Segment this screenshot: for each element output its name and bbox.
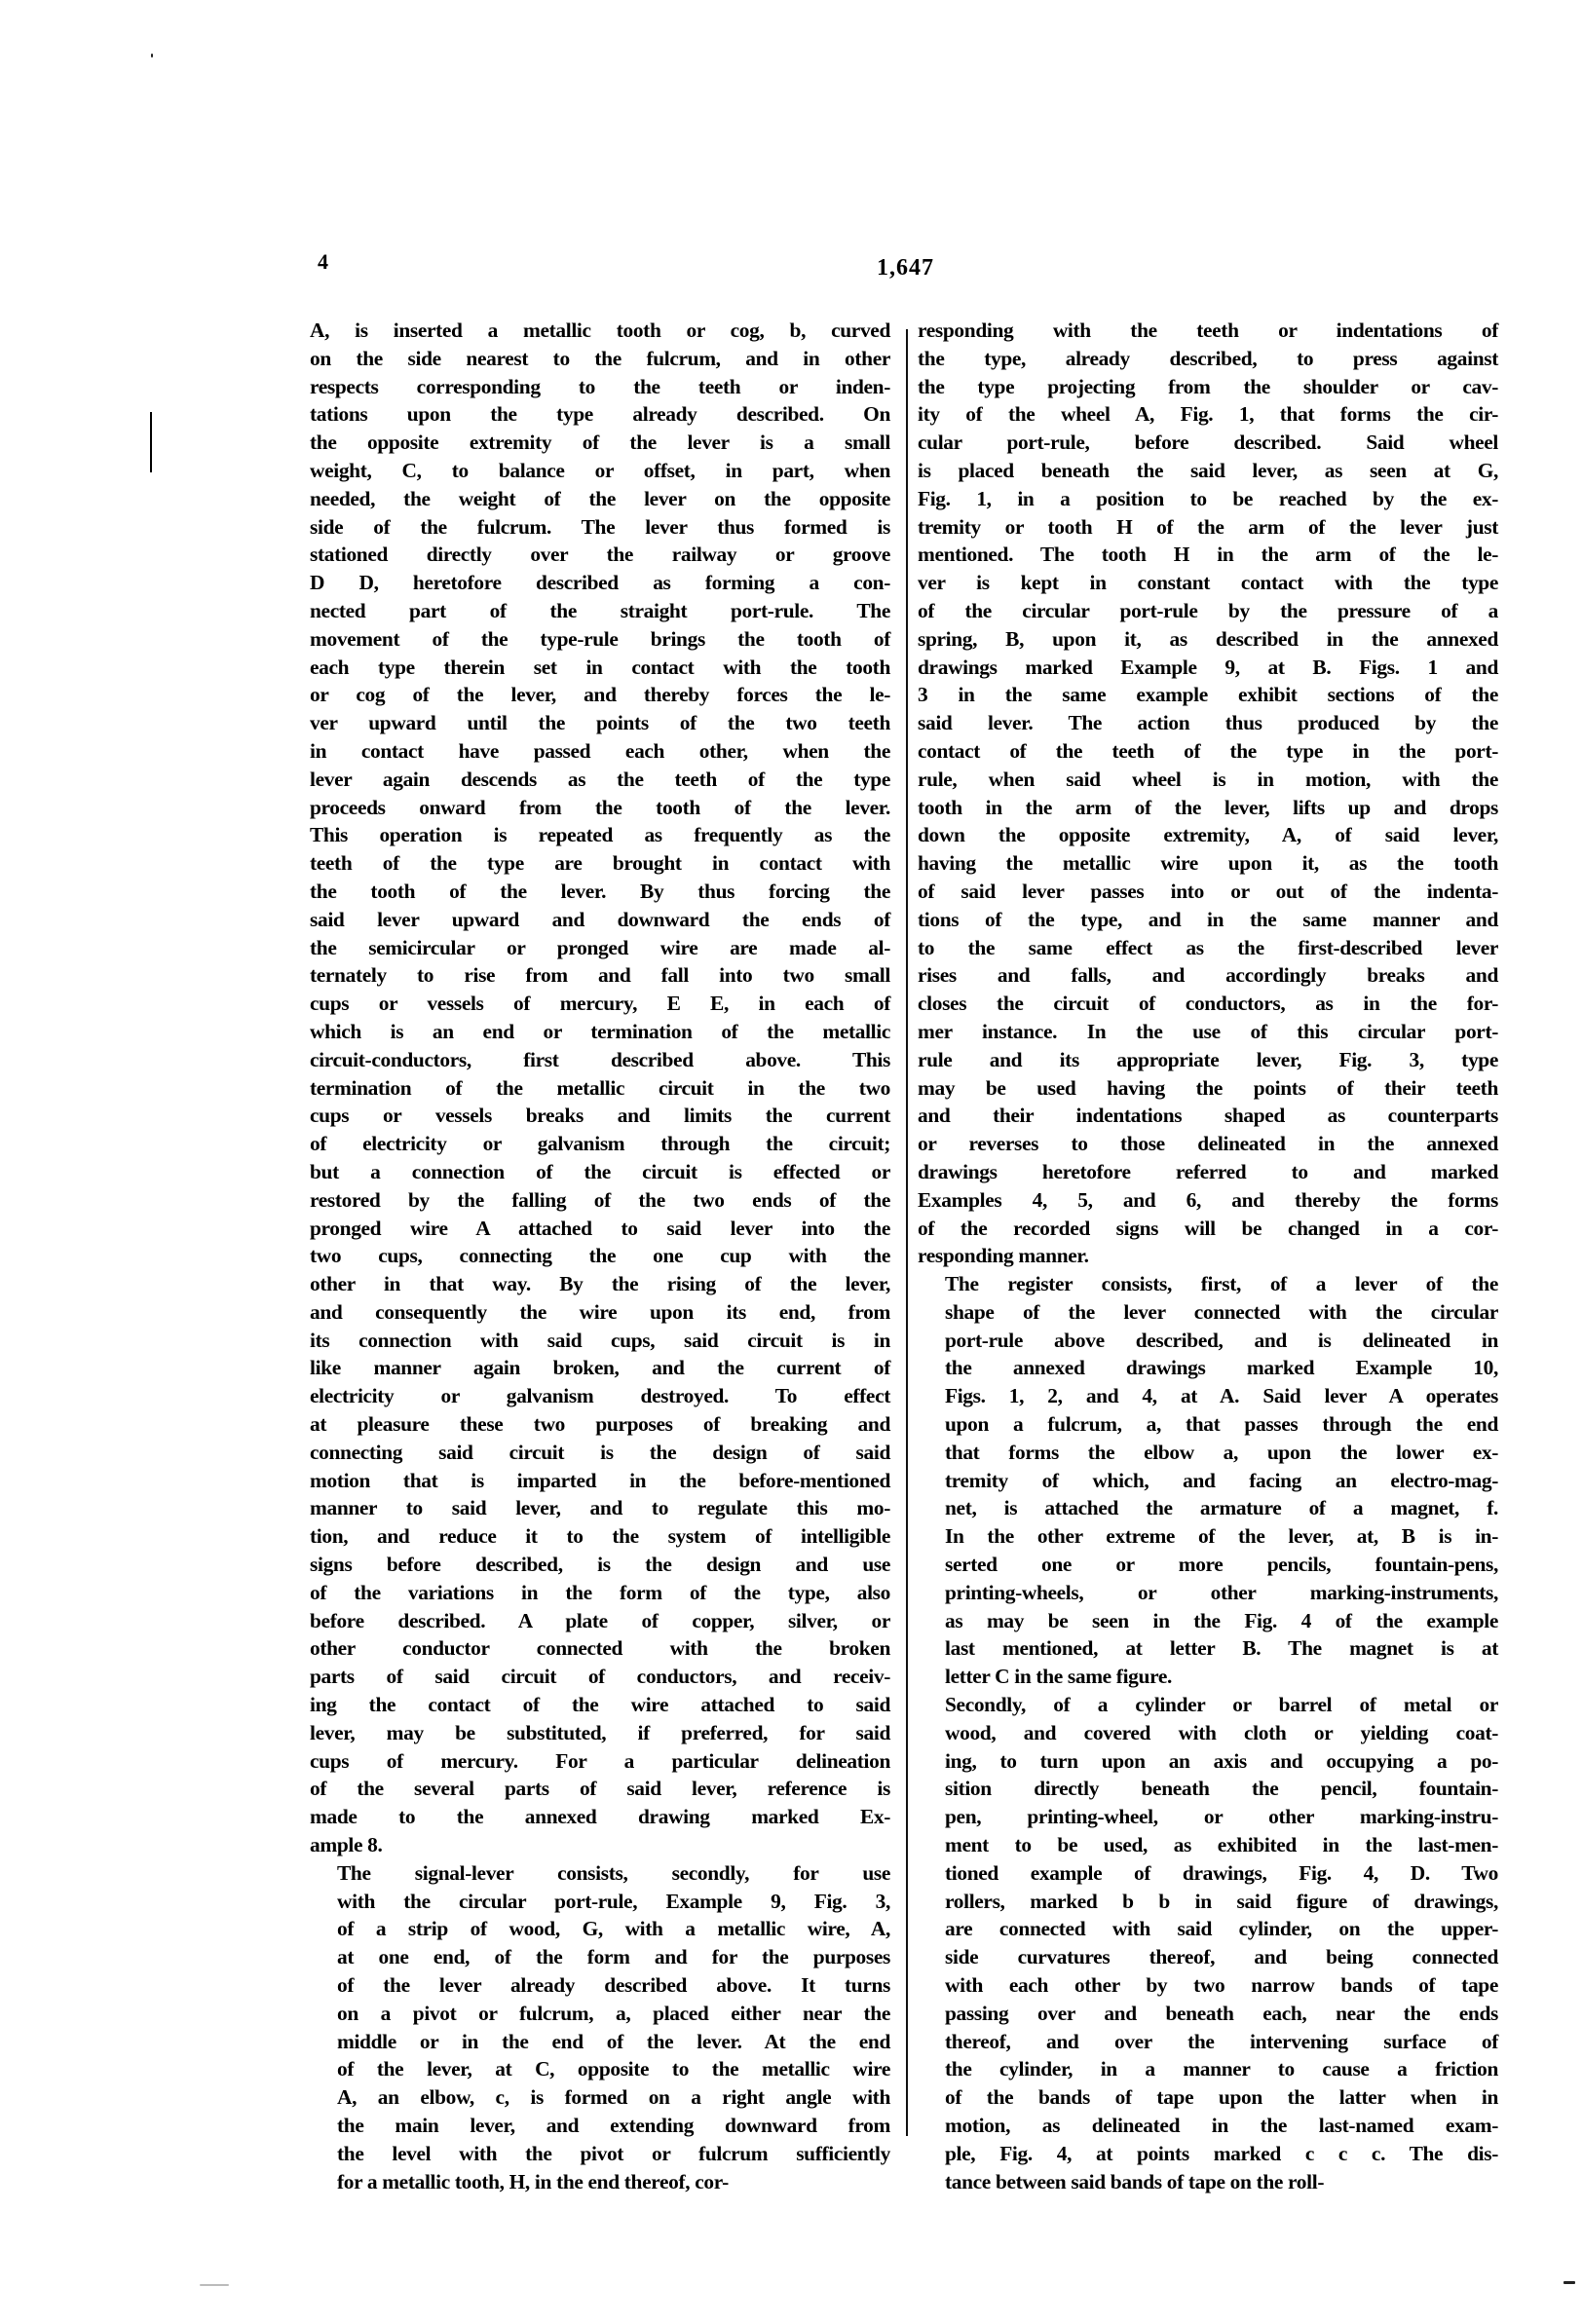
text-line: of the lever already described above. It… <box>310 1971 890 2000</box>
text-line: lever again descends as the teeth of the… <box>310 766 890 794</box>
text-line: mentioned. The tooth H in the arm of the… <box>918 541 1498 569</box>
text-line: movement of the type-rule brings the too… <box>310 625 890 654</box>
text-line: but a connection of the circuit is effec… <box>310 1158 890 1186</box>
text-line: ple, Fig. 4, at points marked c c c. The… <box>918 2140 1498 2168</box>
text-line: responding with the teeth or indentation… <box>918 317 1498 345</box>
left-text-column: A, is inserted a metallic tooth or cog, … <box>310 317 890 2195</box>
text-line: ing the contact of the wire attached to … <box>310 1691 890 1719</box>
text-line: serted one or more pencils, fountain-pen… <box>918 1551 1498 1579</box>
text-line: middle or in the end of the lever. At th… <box>310 2028 890 2056</box>
text-line: ternately to rise from and fall into two… <box>310 961 890 990</box>
patent-number: 1,647 <box>877 255 934 281</box>
text-line: side curvatures thereof, and being conne… <box>918 1943 1498 1971</box>
right-text-column: responding with the teeth or indentation… <box>918 317 1498 2195</box>
text-line: parts of said circuit of conductors, and… <box>310 1663 890 1691</box>
text-line: at pleasure these two purposes of breaki… <box>310 1410 890 1439</box>
text-line: on the side nearest to the fulcrum, and … <box>310 345 890 373</box>
text-line: passing over and beneath each, near the … <box>918 2000 1498 2028</box>
text-line: ity of the wheel A, Fig. 1, that forms t… <box>918 400 1498 429</box>
text-line: thereof, and over the intervening surfac… <box>918 2028 1498 2056</box>
text-line: the annexed drawings marked Example 10, <box>918 1354 1498 1382</box>
text-line: before described. A plate of copper, sil… <box>310 1607 890 1635</box>
text-line: printing-wheels, or other marking-instru… <box>918 1579 1498 1607</box>
text-line: each type therein set in contact with th… <box>310 654 890 682</box>
margin-mark <box>150 412 152 472</box>
text-line: ver upward until the points of the two t… <box>310 709 890 737</box>
page-number: 4 <box>318 249 329 275</box>
text-line: with each other by two narrow bands of t… <box>918 1971 1498 2000</box>
text-line: closes the circuit of conductors, as in … <box>918 990 1498 1018</box>
text-line: or cog of the lever, and thereby forces … <box>310 681 890 709</box>
text-line: the main lever, and extending downward f… <box>310 2112 890 2140</box>
text-line: motion, as delineated in the last-named … <box>918 2112 1498 2140</box>
text-line: letter C in the same figure. <box>918 1663 1498 1691</box>
text-line: of the several parts of said lever, refe… <box>310 1775 890 1803</box>
text-line: that forms the elbow a, upon the lower e… <box>918 1439 1498 1467</box>
text-line: made to the annexed drawing marked Ex- <box>310 1803 890 1831</box>
text-line: connecting said circuit is the design of… <box>310 1439 890 1467</box>
paragraph: responding with the teeth or indentation… <box>918 317 1498 1270</box>
text-line: like manner again broken, and the curren… <box>310 1354 890 1382</box>
text-line: side of the fulcrum. The lever thus form… <box>310 513 890 542</box>
text-line: the type, already described, to press ag… <box>918 345 1498 373</box>
text-line: ver is kept in constant contact with the… <box>918 569 1498 597</box>
text-line: nected part of the straight port-rule. T… <box>310 597 890 625</box>
text-line: weight, C, to balance or offset, in part… <box>310 457 890 485</box>
text-line: termination of the metallic circuit in t… <box>310 1074 890 1103</box>
text-line: of the recorded signs will be changed in… <box>918 1215 1498 1243</box>
paragraph: A, is inserted a metallic tooth or cog, … <box>310 317 890 1859</box>
text-line: rule and its appropriate lever, Fig. 3, … <box>918 1046 1498 1074</box>
text-line: may be used having the points of their t… <box>918 1074 1498 1103</box>
text-line: restored by the falling of the two ends … <box>310 1186 890 1215</box>
text-line: rollers, marked b b in said figure of dr… <box>918 1888 1498 1916</box>
text-line: at one end, of the form and for the purp… <box>310 1943 890 1971</box>
text-line: the level with the pivot or fulcrum suff… <box>310 2140 890 2168</box>
text-line: Figs. 1, 2, and 4, at A. Said lever A op… <box>918 1382 1498 1410</box>
column-divider <box>906 329 908 2136</box>
text-line: are connected with said cylinder, on the… <box>918 1915 1498 1943</box>
text-line: the tooth of the lever. By thus forcing … <box>310 878 890 906</box>
text-line: other conductor connected with the broke… <box>310 1634 890 1663</box>
text-line: which is an end or termination of the me… <box>310 1018 890 1046</box>
scan-speck <box>1563 2281 1575 2284</box>
text-line: drawings marked Example 9, at B. Figs. 1… <box>918 654 1498 682</box>
text-line: and consequently the wire upon its end, … <box>310 1298 890 1327</box>
text-line: respects corresponding to the teeth or i… <box>310 373 890 401</box>
text-line: cular port-rule, before described. Said … <box>918 429 1498 457</box>
text-line: A, an elbow, c, is formed on a right ang… <box>310 2083 890 2112</box>
text-line: cups or vessels of mercury, E E, in each… <box>310 990 890 1018</box>
text-line: tremity of which, and facing an electro-… <box>918 1467 1498 1495</box>
text-line: Fig. 1, in a position to be reached by t… <box>918 485 1498 513</box>
text-line: responding manner. <box>918 1242 1498 1270</box>
text-line: with the circular port-rule, Example 9, … <box>310 1888 890 1916</box>
text-line: the semicircular or pronged wire are mad… <box>310 934 890 962</box>
text-line: manner to said lever, and to regulate th… <box>310 1494 890 1522</box>
text-line: This operation is repeated as frequently… <box>310 821 890 849</box>
text-line: of said lever passes into or out of the … <box>918 878 1498 906</box>
text-line: ment to be used, as exhibited in the las… <box>918 1831 1498 1859</box>
text-line: or reverses to those delineated in the a… <box>918 1130 1498 1158</box>
text-line: upon a fulcrum, a, that passes through t… <box>918 1410 1498 1439</box>
text-line: cups or vessels breaks and limits the cu… <box>310 1102 890 1130</box>
text-line: ample 8. <box>310 1831 890 1859</box>
text-line: Secondly, of a cylinder or barrel of met… <box>918 1691 1498 1719</box>
text-line: port-rule above described, and is deline… <box>918 1327 1498 1355</box>
text-line: 3 in the same example exhibit sections o… <box>918 681 1498 709</box>
text-line: In the other extreme of the lever, at, B… <box>918 1522 1498 1551</box>
text-line: the type projecting from the shoulder or… <box>918 373 1498 401</box>
text-line: sition directly beneath the pencil, foun… <box>918 1775 1498 1803</box>
text-line: to the same effect as the first-describe… <box>918 934 1498 962</box>
text-line: A, is inserted a metallic tooth or cog, … <box>310 317 890 345</box>
text-line: as may be seen in the Fig. 4 of the exam… <box>918 1607 1498 1635</box>
scan-speck <box>200 2284 229 2286</box>
text-line: The register consists, first, of a lever… <box>918 1270 1498 1298</box>
text-line: tations upon the type already described.… <box>310 400 890 429</box>
text-line: for a metallic tooth, H, in the end ther… <box>310 2168 890 2196</box>
text-line: tance between said bands of tape on the … <box>918 2168 1498 2196</box>
paragraph: The signal-lever consists, secondly, for… <box>310 1859 890 2196</box>
text-line: drawings heretofore referred to and mark… <box>918 1158 1498 1186</box>
text-line: of the bands of tape upon the latter whe… <box>918 2083 1498 2112</box>
text-line: wood, and covered with cloth or yielding… <box>918 1719 1498 1747</box>
text-line: net, is attached the armature of a magne… <box>918 1494 1498 1522</box>
text-line: proceeds onward from the tooth of the le… <box>310 794 890 822</box>
text-line: teeth of the type are brought in contact… <box>310 849 890 878</box>
text-line: rule, when said wheel is in motion, with… <box>918 766 1498 794</box>
text-line: its connection with said cups, said circ… <box>310 1327 890 1355</box>
text-line: tooth in the arm of the lever, lifts up … <box>918 794 1498 822</box>
text-line: electricity or galvanism destroyed. To e… <box>310 1382 890 1410</box>
text-line: signs before described, is the design an… <box>310 1551 890 1579</box>
text-line: tions of the type, and in the same manne… <box>918 906 1498 934</box>
text-line: of a strip of wood, G, with a metallic w… <box>310 1915 890 1943</box>
text-line: two cups, connecting the one cup with th… <box>310 1242 890 1270</box>
paragraph: Secondly, of a cylinder or barrel of met… <box>918 1691 1498 2195</box>
text-line: stationed directly over the railway or g… <box>310 541 890 569</box>
text-line: of the circular port-rule by the pressur… <box>918 597 1498 625</box>
text-line: tioned example of drawings, Fig. 4, D. T… <box>918 1859 1498 1888</box>
text-line: needed, the weight of the lever on the o… <box>310 485 890 513</box>
text-line: rises and falls, and accordingly breaks … <box>918 961 1498 990</box>
text-line: the cylinder, in a manner to cause a fri… <box>918 2055 1498 2083</box>
text-line: of the variations in the form of the typ… <box>310 1579 890 1607</box>
text-line: pen, printing-wheel, or other marking-in… <box>918 1803 1498 1831</box>
text-line: down the opposite extremity, A, of said … <box>918 821 1498 849</box>
text-line: contact of the teeth of the type in the … <box>918 737 1498 766</box>
text-line: pronged wire A attached to said lever in… <box>310 1215 890 1243</box>
text-line: last mentioned, at letter B. The magnet … <box>918 1634 1498 1663</box>
text-line: mer instance. In the use of this circula… <box>918 1018 1498 1046</box>
text-line: D D, heretofore described as forming a c… <box>310 569 890 597</box>
text-line: motion that is imparted in the before-me… <box>310 1467 890 1495</box>
text-line: having the metallic wire upon it, as the… <box>918 849 1498 878</box>
text-line: lever, may be substituted, if preferred,… <box>310 1719 890 1747</box>
text-line: said lever upward and downward the ends … <box>310 906 890 934</box>
text-line: and their indentations shaped as counter… <box>918 1102 1498 1130</box>
text-line: other in that way. By the rising of the … <box>310 1270 890 1298</box>
text-line: said lever. The action thus produced by … <box>918 709 1498 737</box>
text-line: the opposite extremity of the lever is a… <box>310 429 890 457</box>
paragraph: The register consists, first, of a lever… <box>918 1270 1498 1691</box>
text-line: tremity or tooth H of the arm of the lev… <box>918 513 1498 542</box>
text-line: The signal-lever consists, secondly, for… <box>310 1859 890 1888</box>
text-line: of electricity or galvanism through the … <box>310 1130 890 1158</box>
text-line: on a pivot or fulcrum, a, placed either … <box>310 2000 890 2028</box>
text-line: shape of the lever connected with the ci… <box>918 1298 1498 1327</box>
text-line: is placed beneath the said lever, as see… <box>918 457 1498 485</box>
text-line: spring, B, upon it, as described in the … <box>918 625 1498 654</box>
text-line: ing, to turn upon an axis and occupying … <box>918 1747 1498 1776</box>
text-line: circuit-conductors, first described abov… <box>310 1046 890 1074</box>
text-line: Examples 4, 5, and 6, and thereby the fo… <box>918 1186 1498 1215</box>
text-line: tion, and reduce it to the system of int… <box>310 1522 890 1551</box>
text-line: in contact have passed each other, when … <box>310 737 890 766</box>
text-line: of the lever, at C, opposite to the meta… <box>310 2055 890 2083</box>
text-line: cups of mercury. For a particular deline… <box>310 1747 890 1776</box>
scan-speck <box>151 54 153 57</box>
